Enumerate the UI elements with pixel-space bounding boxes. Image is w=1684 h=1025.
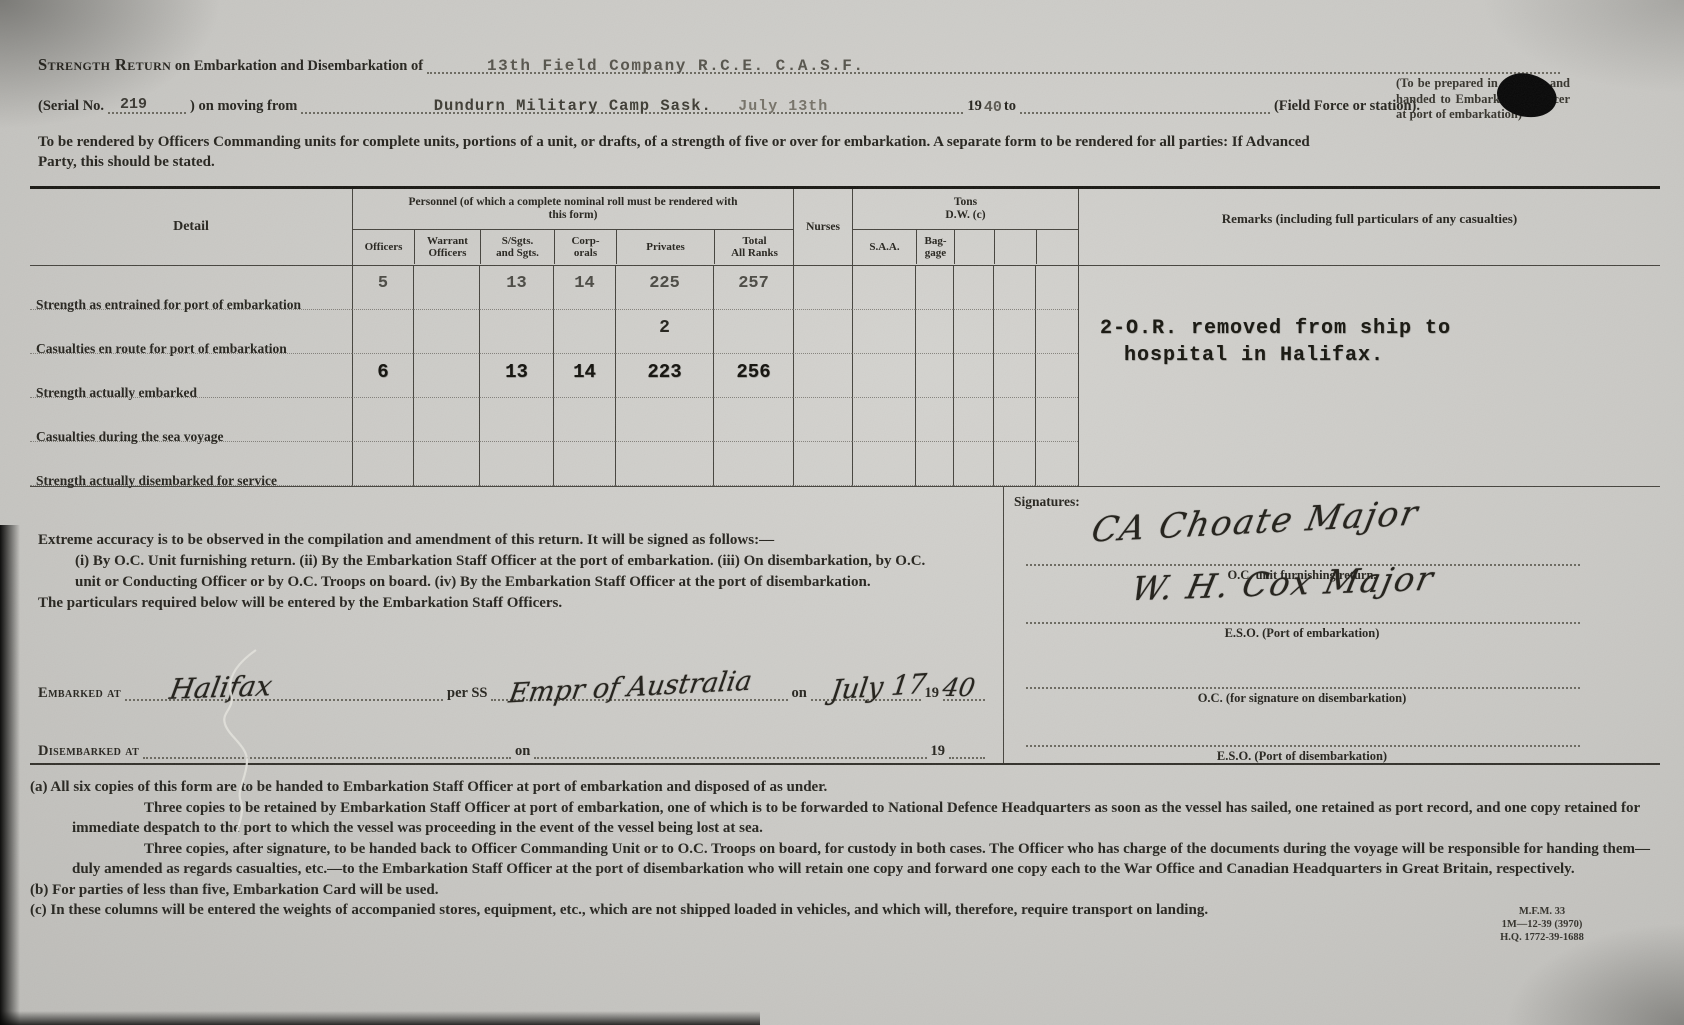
cell-ssgts: [479, 310, 553, 354]
cell-saa: [852, 442, 915, 486]
embarked-place-rule: Halifax: [125, 686, 443, 701]
disembark-date-rule: [534, 744, 926, 759]
moving-from-rule: Dundurn Military Camp Sask. July 13th: [301, 99, 963, 114]
cell-privates: [615, 442, 713, 486]
cell-corporals: 14: [553, 354, 615, 398]
cell-saa: [852, 398, 915, 442]
cell-warrant: [413, 442, 479, 486]
cell-officers: [352, 442, 413, 486]
cell-privates: 223: [615, 354, 713, 398]
serial-number-entry: 219: [120, 96, 147, 113]
render-instructions: To be rendered by Officers Commanding un…: [38, 132, 1338, 172]
cell-baggage: [915, 266, 953, 310]
mid-section: Extreme accuracy is to be observed in th…: [30, 486, 1660, 765]
cell-privates: [615, 398, 713, 442]
strength-table: Detail Personnel (of which a complete no…: [30, 186, 1660, 487]
signature-label-eso-disembarkation: E.S.O. (Port of disembarkation): [1004, 749, 1600, 764]
disembarked-line: Disembarked at on 19: [38, 744, 989, 759]
signature-eso-embarkation: W. H. Cox Major: [1128, 559, 1439, 609]
cell-warrant: [413, 266, 479, 310]
cell-saa: [852, 266, 915, 310]
cell-warrant: [413, 354, 479, 398]
cell-remarks: [1078, 442, 1660, 486]
cell-baggage: [915, 398, 953, 442]
ship-name-rule: Empr of Australia: [491, 686, 787, 701]
dis-year-prefix: 19: [931, 744, 946, 759]
form-title-line: Strength Return on Embarkation and Disem…: [38, 57, 1564, 74]
col-corporals: Corp- orals: [554, 230, 616, 264]
table-row-strength-disembarked: Strength actually disembarked for servic…: [30, 442, 1660, 486]
cell-warrant: [413, 398, 479, 442]
form-print-marks: M.F.M. 33 1M—12-39 (3970) H.Q. 1772-39-1…: [1482, 905, 1602, 944]
cell-privates: 225: [615, 266, 713, 310]
footnotes: (a) All six copies of this form are to b…: [30, 765, 1666, 921]
col-privates: Privates: [616, 230, 714, 264]
cell-officers: 5: [352, 266, 413, 310]
year-entry: 40: [984, 99, 1002, 116]
cell-nurses: [793, 442, 852, 486]
col-total-all-ranks: Total All Ranks: [714, 230, 793, 264]
cell-nurses: [793, 310, 852, 354]
disembarked-place-rule: [143, 744, 511, 759]
col-ssgts: S/Sgts. and Sgts.: [480, 230, 554, 264]
embark-year-rule: 40: [943, 686, 985, 701]
footnote-b: (b) For parties of less than five, Embar…: [30, 880, 1666, 901]
row-label: Casualties during the sea voyage: [36, 430, 224, 443]
serial-label: (Serial No.: [38, 99, 104, 114]
cell-total: 257: [713, 266, 793, 310]
cell-baggage: [915, 310, 953, 354]
cell-baggage: [915, 442, 953, 486]
row-label: Strength actually embarked: [36, 386, 197, 399]
remarks-header: Remarks (including full particulars of a…: [1078, 189, 1660, 265]
signature-label-oc-disembarkation: O.C. (for signature on disembarkation): [1004, 691, 1600, 706]
col-warrant-officers: Warrant Officers: [414, 230, 480, 264]
per-ss-label: per SS: [447, 686, 487, 701]
embark-date-entry: July 17: [829, 668, 928, 706]
row-label: Casualties en route for port of embarkat…: [36, 342, 287, 355]
cell-ssgts: 13: [479, 266, 553, 310]
cell-total: 256: [713, 354, 793, 398]
cell-corporals: 14: [553, 266, 615, 310]
row-label: Strength as entrained for port of embark…: [36, 298, 301, 311]
cell-officers: 6: [352, 354, 413, 398]
table-header: Detail Personnel (of which a complete no…: [30, 189, 1660, 266]
signature-label-eso-embarkation: E.S.O. (Port of embarkation): [1004, 626, 1600, 641]
dis-on-label: on: [515, 744, 530, 759]
remarks-entry: 2-O.R. removed from ship to hospital in …: [1100, 315, 1451, 369]
cell-total: [713, 310, 793, 354]
embark-year-prefix: 19: [925, 686, 940, 701]
signature-rule: [1026, 622, 1580, 624]
col-saa: S.A.A.: [853, 230, 916, 264]
cell-corporals: [553, 442, 615, 486]
cell-total: [713, 442, 793, 486]
col-tons-extra: [1036, 230, 1078, 264]
moving-from-label: ) on moving from: [190, 99, 297, 114]
signature-rule: [1026, 687, 1580, 689]
col-baggage: Bag- gage: [916, 230, 954, 264]
cell-total: [713, 398, 793, 442]
disembarked-at-label: Disembarked at: [38, 744, 139, 759]
destination-rule: [1020, 99, 1270, 114]
footnote-a: (a) All six copies of this form are to b…: [30, 777, 1666, 798]
accuracy-instructions: Extreme accuracy is to be observed in th…: [38, 530, 950, 614]
signatures-heading: Signatures:: [1014, 494, 1080, 510]
cell-warrant: [413, 310, 479, 354]
cell-remarks: [1078, 398, 1660, 442]
footnote-c: (c) In these columns will be entered the…: [30, 900, 1666, 921]
year-prefix: 19: [967, 99, 982, 114]
col-tons-extra: [954, 230, 994, 264]
form-title: Strength Return on Embarkation and Disem…: [38, 57, 423, 74]
cell-corporals: [553, 398, 615, 442]
signatures-panel: Signatures: CA Choate Major O.C. unit fu…: [1003, 486, 1660, 763]
strength-return-form-scan: Strength Return on Embarkation and Disem…: [0, 0, 1684, 1025]
col-nurses: Nurses: [793, 189, 852, 265]
cell-saa: [852, 354, 915, 398]
embark-date-rule: July 17: [811, 686, 921, 701]
to-label: to: [1004, 99, 1016, 114]
embark-year-entry: 40: [940, 673, 977, 702]
embarked-place-entry: Halifax: [167, 669, 275, 706]
cell-baggage: [915, 354, 953, 398]
col-tons-extra: [994, 230, 1036, 264]
cell-nurses: [793, 398, 852, 442]
cell-nurses: [793, 354, 852, 398]
unit-name-rule: 13th Field Company R.C.E. C.A.S.F.: [427, 59, 1560, 74]
serial-line: (Serial No. 219 ) on moving from Dundurn…: [38, 97, 1420, 114]
embarked-line: Embarked at Halifax per SS Empr of Austr…: [38, 686, 989, 701]
on-label: on: [792, 686, 807, 701]
cell-nurses: [793, 266, 852, 310]
cell-remarks: [1078, 266, 1660, 310]
moving-date-entry: July 13th: [738, 98, 828, 115]
cell-saa: [852, 310, 915, 354]
cell-privates: 2: [615, 310, 713, 354]
col-officers: Officers: [353, 230, 414, 264]
cell-corporals: [553, 310, 615, 354]
tons-group-header: Tons D.W. (c) S.A.A. Bag- gage: [852, 189, 1078, 265]
cell-ssgts: [479, 442, 553, 486]
cell-officers: [352, 398, 413, 442]
cell-ssgts: 13: [479, 354, 553, 398]
moving-from-entry: Dundurn Military Camp Sask.: [434, 97, 712, 115]
detail-header: Detail: [30, 189, 352, 265]
ship-name-entry: Empr of Australia: [507, 665, 755, 709]
table-row-strength-entrained: Strength as entrained for port of embark…: [30, 266, 1660, 310]
table-row-casualties-sea-voyage: Casualties during the sea voyage: [30, 398, 1660, 442]
signature-rule: [1026, 745, 1580, 747]
unit-name-entry: 13th Field Company R.C.E. C.A.S.F.: [487, 57, 864, 75]
embarked-at-label: Embarked at: [38, 686, 121, 701]
cell-officers: [352, 310, 413, 354]
disembark-year-rule: [949, 744, 985, 759]
personnel-group-header: Personnel (of which a complete nominal r…: [352, 189, 793, 265]
serial-rule: 219: [108, 99, 186, 114]
signature-oc-unit: CA Choate Major: [1088, 493, 1422, 551]
cell-ssgts: [479, 398, 553, 442]
